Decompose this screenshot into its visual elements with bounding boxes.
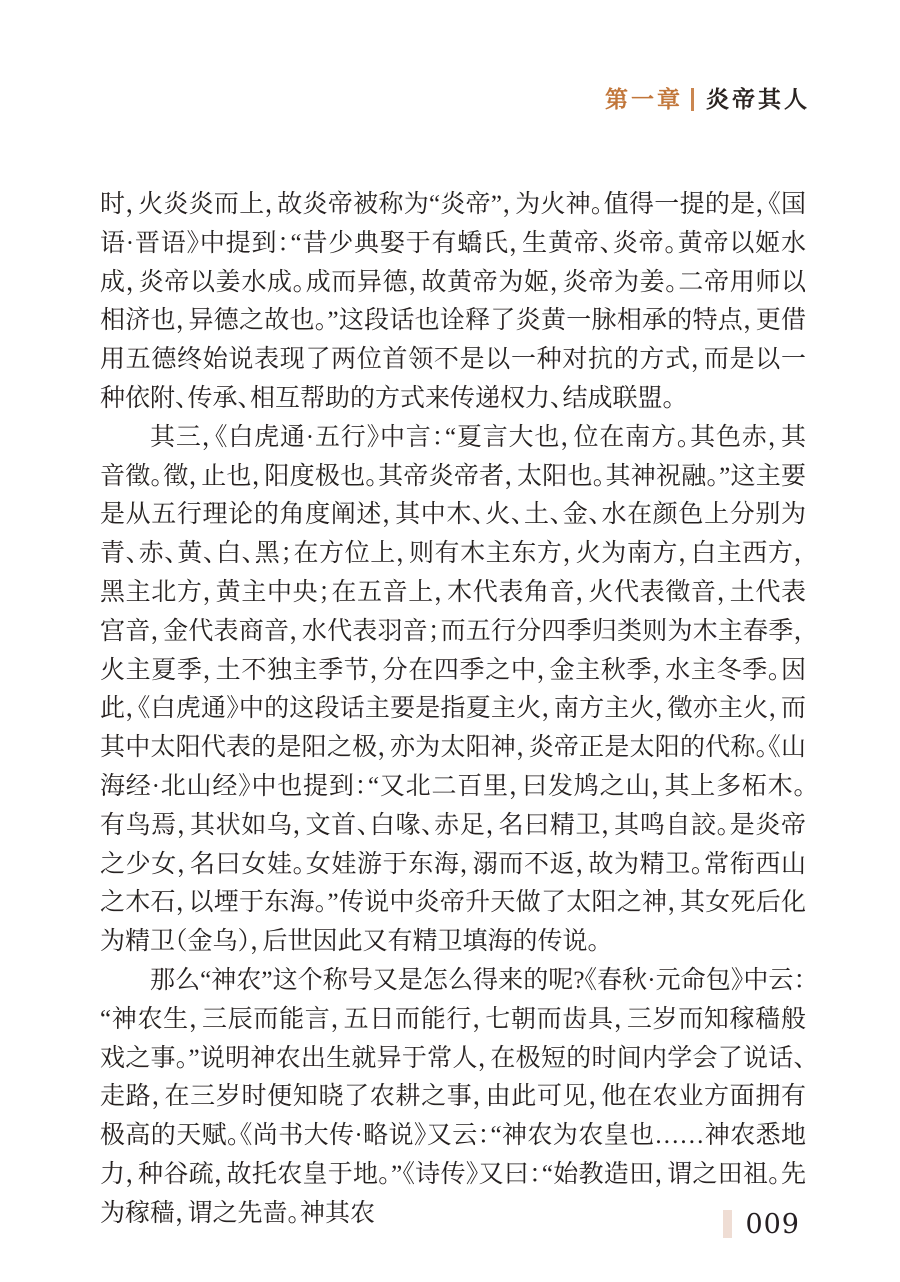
paragraph: 那么“神农”这个称号又是怎么得来的呢?《春秋·元命包》中云：“神农生，三辰而能言… bbox=[100, 962, 806, 1234]
paragraph-continuation: 时，火炎炎而上，故炎帝被称为“炎帝”，为火神。值得一提的是，《国语·晋语》中提到… bbox=[100, 186, 806, 419]
book-page: 第一章 炎帝其人 时，火炎炎而上，故炎帝被称为“炎帝”，为火神。值得一提的是，《… bbox=[0, 0, 900, 1282]
paragraph: 其三，《白虎通·五行》中言：“夏言大也，位在南方。其色赤，其音徵。徵，止也，阳度… bbox=[100, 419, 806, 962]
chapter-title: 炎帝其人 bbox=[706, 88, 810, 111]
page-footer: 009 bbox=[723, 1210, 800, 1238]
chapter-label: 第一章 bbox=[605, 88, 683, 111]
folio-bar bbox=[723, 1210, 732, 1238]
header-divider bbox=[691, 88, 694, 111]
body-text: 时，火炎炎而上，故炎帝被称为“炎帝”，为火神。值得一提的是，《国语·晋语》中提到… bbox=[100, 186, 806, 1234]
page-number: 009 bbox=[745, 1211, 800, 1238]
running-head: 第一章 炎帝其人 bbox=[605, 88, 810, 111]
